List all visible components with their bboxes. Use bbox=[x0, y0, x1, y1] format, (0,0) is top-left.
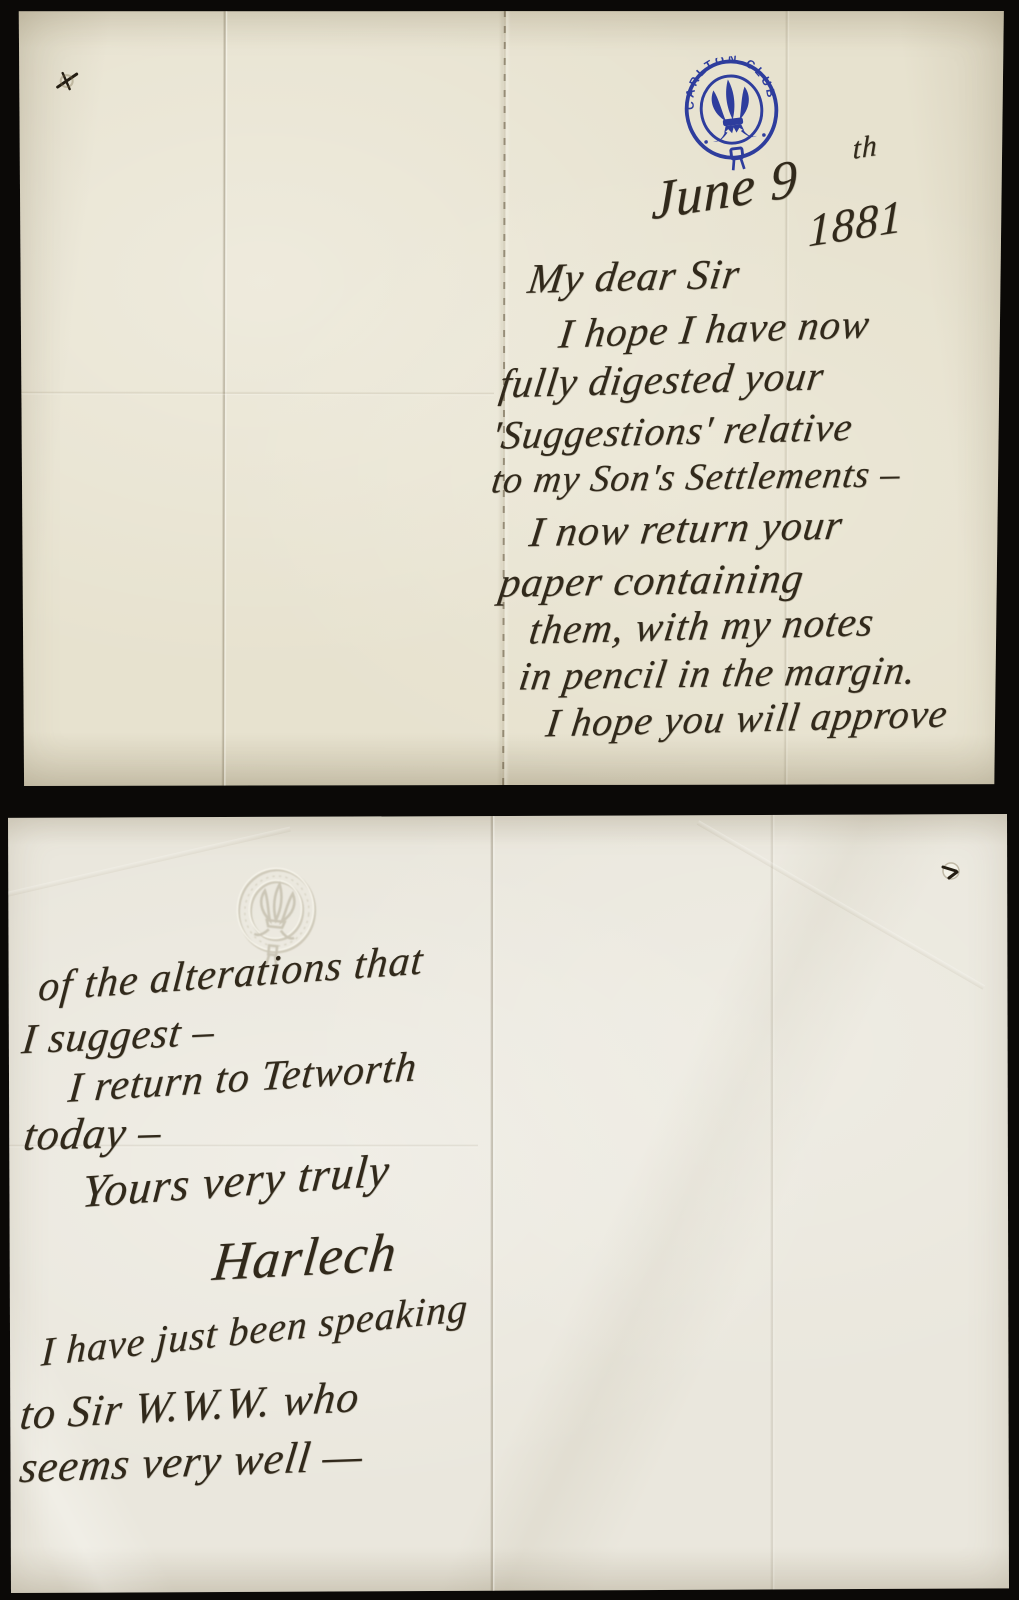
signature-line: Harlech bbox=[212, 1221, 399, 1293]
pin-mark-icon bbox=[53, 65, 83, 95]
handwritten-line: I have just been speaking bbox=[39, 1284, 471, 1376]
handwritten-line: I suggest – bbox=[21, 1008, 216, 1064]
fold-crease bbox=[221, 9, 228, 786]
date-year: 1881 bbox=[804, 190, 907, 257]
handwritten-line: 'Suggestions' relative bbox=[491, 403, 853, 459]
letter-page-1: CARLTON CLUB June 9 th 1881 bbox=[13, 9, 1005, 788]
handwritten-line: I now return your bbox=[529, 502, 843, 558]
handwritten-line: them, with my notes bbox=[529, 597, 875, 653]
handwritten-line: to my Son's Settlements – bbox=[492, 452, 901, 502]
handwritten-line: to Sir W.W.W. who bbox=[19, 1371, 361, 1440]
date-superscript: th bbox=[850, 129, 880, 167]
handwritten-line: fully digested your bbox=[500, 351, 825, 407]
handwritten-line: today – bbox=[23, 1106, 162, 1161]
fold-crease bbox=[770, 814, 775, 1593]
fold-crease bbox=[697, 820, 985, 989]
pin-mark-icon bbox=[934, 854, 968, 888]
fold-crease bbox=[490, 814, 495, 1593]
scanned-letter-photo: CARLTON CLUB June 9 th 1881 bbox=[0, 0, 1019, 1600]
letter-page-2: of the alterations that I suggest – I re… bbox=[8, 814, 1009, 1593]
handwritten-line: seems very well — bbox=[19, 1430, 364, 1493]
handwritten-line: I hope you will approve bbox=[546, 690, 948, 747]
date-line: June 9 bbox=[647, 147, 803, 231]
fold-crease bbox=[14, 391, 494, 396]
handwritten-line: I hope I have now bbox=[558, 299, 870, 357]
handwritten-line: My dear Sir bbox=[528, 251, 741, 304]
